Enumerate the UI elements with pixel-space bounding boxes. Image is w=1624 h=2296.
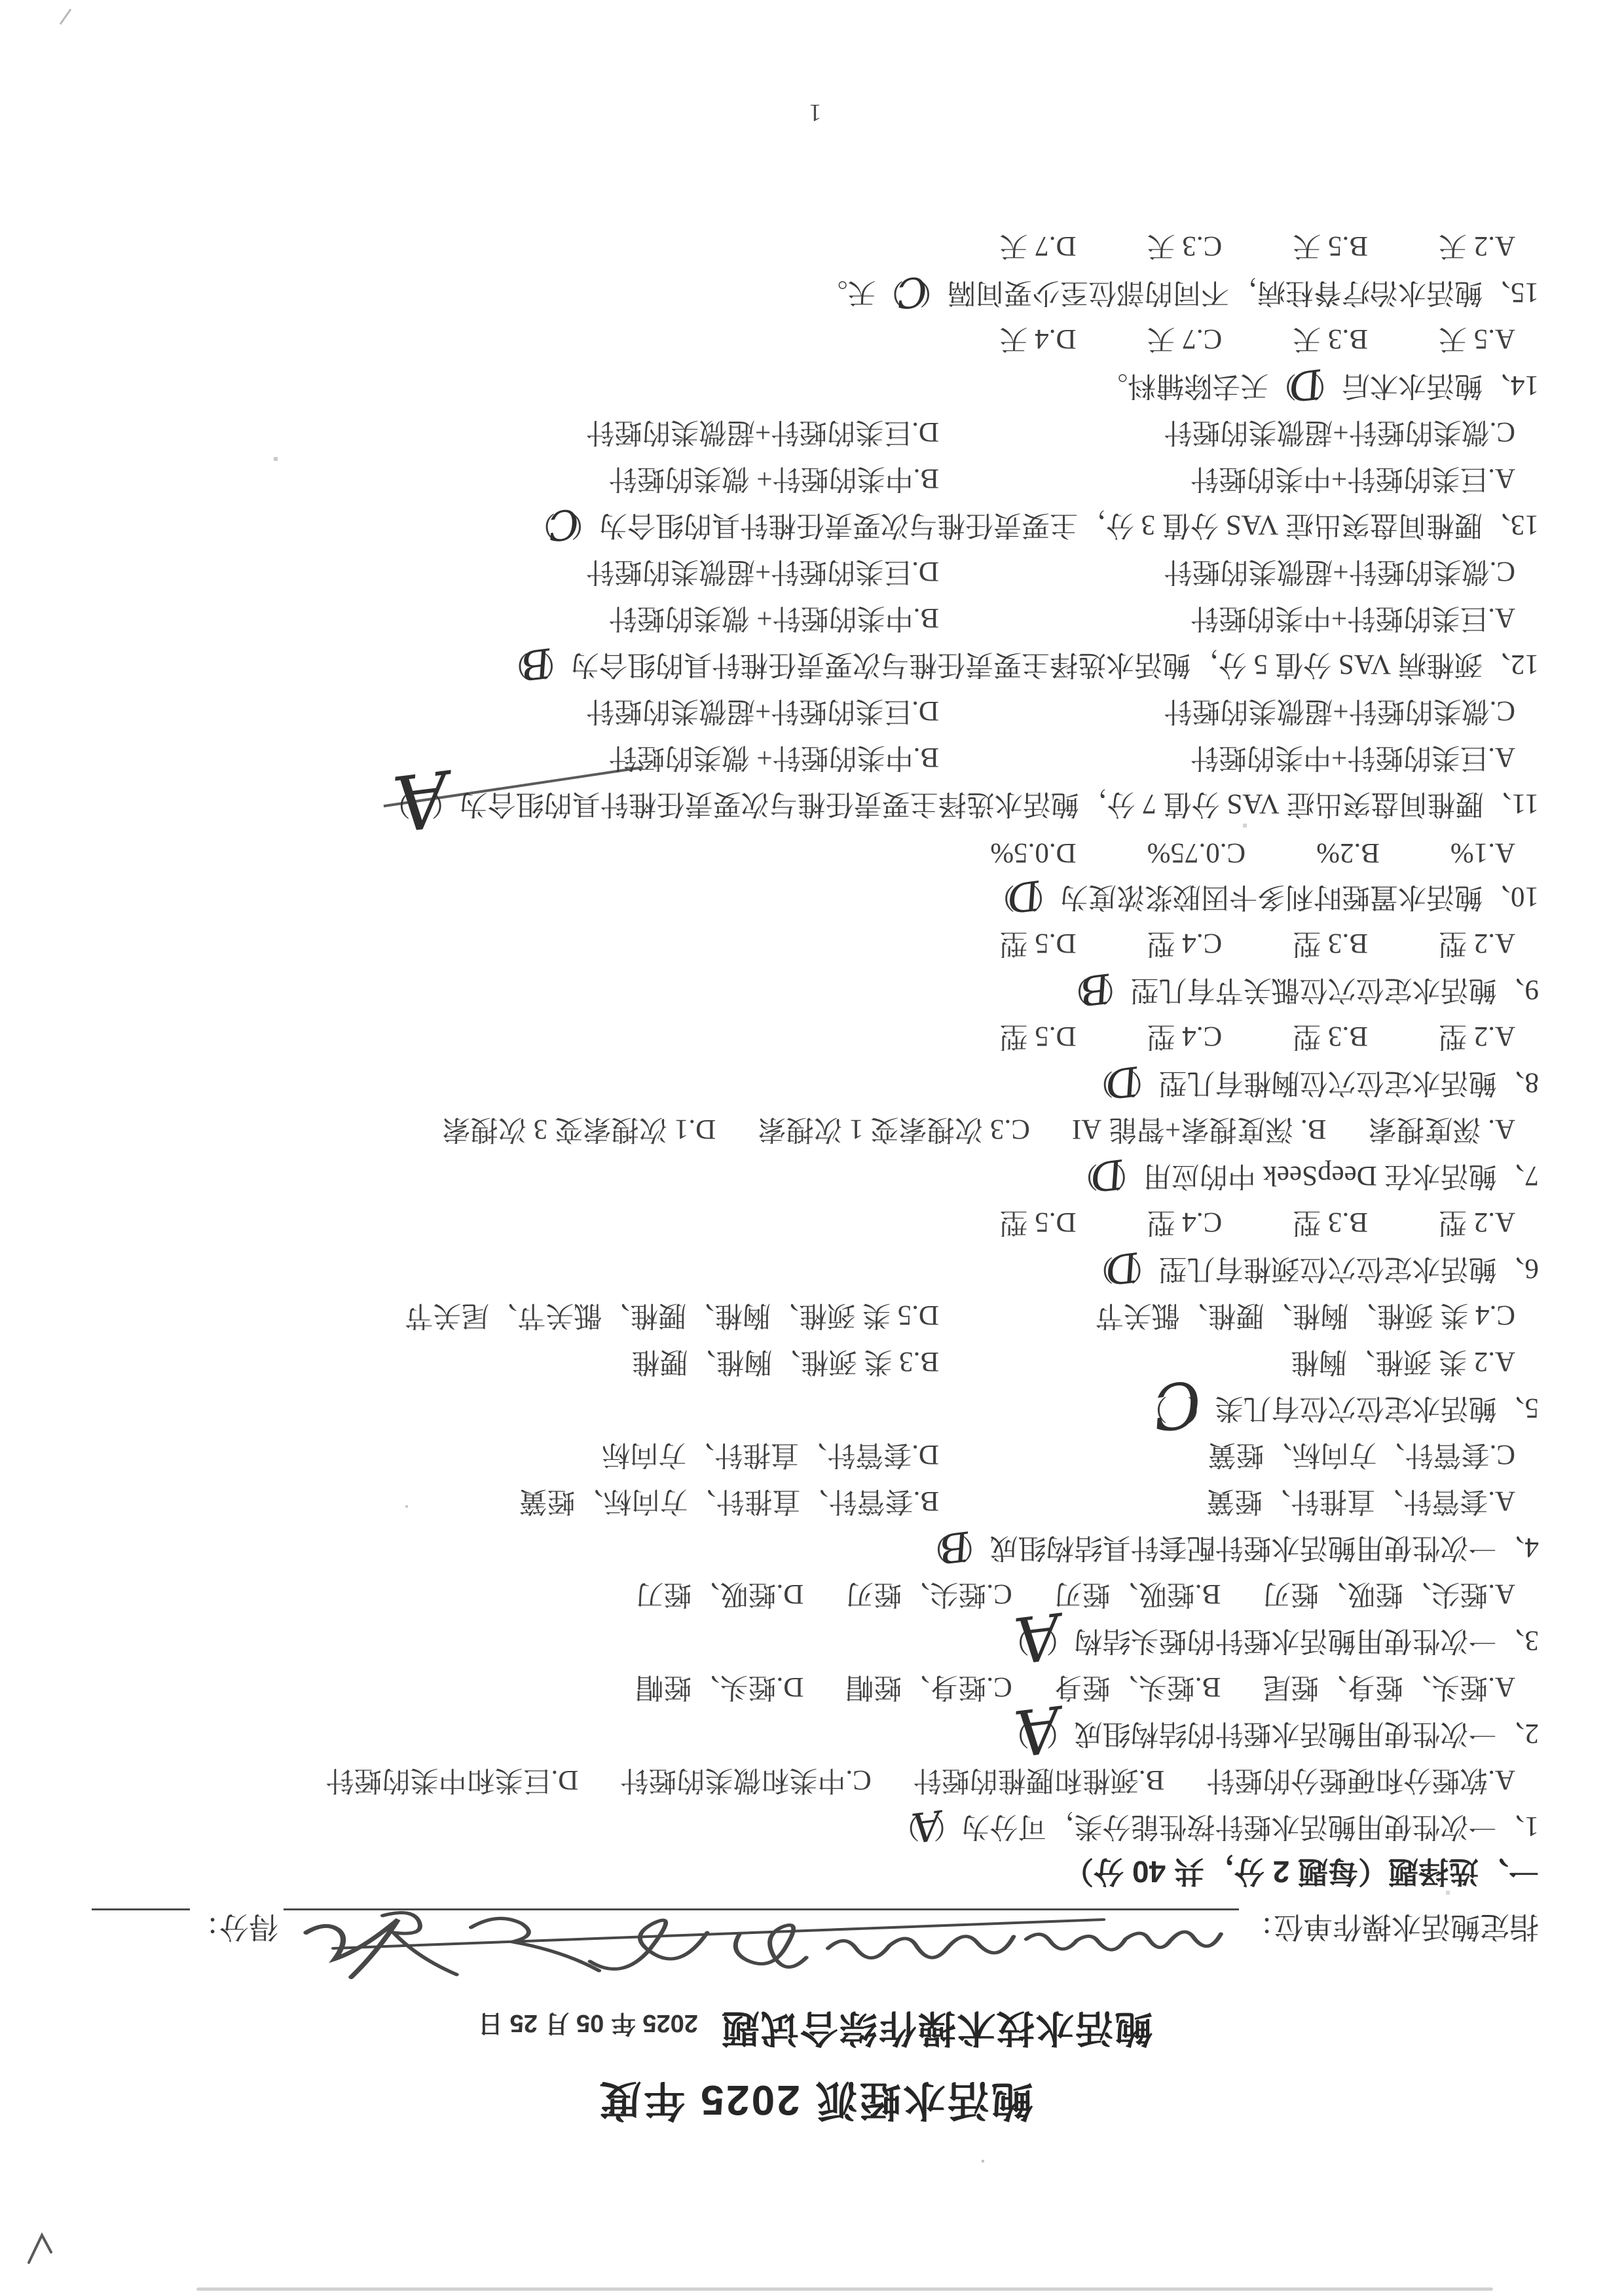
option-item: D.5 型 bbox=[1000, 1019, 1077, 1059]
exam-header: 鲍活水蛭派 2025 年度 鲍活水技术操作综合试题2025 年 05 月 25 … bbox=[92, 2004, 1539, 2134]
option-item: B.3 类 颈椎、胸椎、腰椎 bbox=[632, 1344, 939, 1384]
option-item: B.蛭吸、蛭刃 bbox=[1054, 1576, 1221, 1616]
option-item: C.4 型 bbox=[1147, 1019, 1223, 1059]
handwritten-answer: B bbox=[521, 663, 551, 666]
handwritten-answer: A bbox=[1015, 1635, 1060, 1640]
question-stem: 14、鲍活水术后（D）天去除辅料。 bbox=[92, 365, 1539, 411]
option-line: A.1%B.2%C.0.75%D.0.5% bbox=[92, 829, 1539, 876]
question-block: 10、鲍活水置蛭时利多卡因胶浆浓度为（D）A.1%B.2%C.0.75%D.0.… bbox=[92, 829, 1539, 922]
option-item: C.3 天 bbox=[1147, 228, 1223, 268]
option-line: A.2 型B.3 型C.4 型D.5 型 bbox=[92, 1015, 1539, 1062]
option-item: A.2 型 bbox=[1439, 1019, 1515, 1059]
handwritten-answer: D bbox=[1106, 1266, 1138, 1270]
option-item: D.蛭头、蛭帽 bbox=[636, 1669, 804, 1709]
question-stem: 10、鲍活水置蛭时利多卡因胶浆浓度为（D） bbox=[92, 876, 1539, 922]
handwritten-answer: C bbox=[896, 291, 927, 295]
option-item: A. 深度搜索 bbox=[1368, 1112, 1515, 1152]
option-item: D.5 型 bbox=[1000, 1205, 1077, 1245]
option-item: C.微类的蛭针+超微类的蛭针 bbox=[939, 414, 1515, 454]
handwritten-answer: A bbox=[912, 1825, 941, 1828]
question-stem-text: 7、鲍活水在 DeepSeek 中的应用（ bbox=[1115, 1158, 1539, 1198]
option-line: C.微类的蛭针+超微类的蛭针D.巨类的蛭针+超微类的蛭针 bbox=[92, 551, 1539, 597]
question-stem-text: 6、鲍活水定位穴位颈椎有几型（ bbox=[1131, 1251, 1540, 1291]
question-block: 2、一次性使用鲍活水蛭针的结构组成（A）A.蛭头、蛭身、蛭尾B.蛭头、蛭身C.蛭… bbox=[92, 1666, 1539, 1759]
exam-title-row: 鲍活水技术操作综合试题2025 年 05 月 25 日 bbox=[92, 2004, 1539, 2059]
option-item: B.3 型 bbox=[1293, 1019, 1368, 1059]
handwritten-answer: A bbox=[1015, 1728, 1060, 1733]
option-line: A.2 型B.3 型C.4 型D.5 型 bbox=[92, 1201, 1539, 1248]
question-stem: 8、鲍活水定位穴位胸椎有几型（D） bbox=[92, 1062, 1539, 1108]
option-item: C.微类的蛭针+超微类的蛭针 bbox=[939, 693, 1515, 733]
question-block: 9、鲍活水定位穴位骶关节有几型（B）A.2 型B.3 型C.4 型D.5 型 bbox=[92, 922, 1539, 1015]
question-stem: 11、腰椎间盘突出症 VAS 分值 7 分，鲍活水选择主要责任椎与次要责任椎针具… bbox=[92, 783, 1539, 829]
option-item: A.巨类的蛭针+中类的蛭针 bbox=[939, 600, 1515, 640]
question-stem-text: 8、鲍活水定位穴位胸椎有几型（ bbox=[1131, 1065, 1540, 1105]
option-item: B.中类的蛭针+ 微类的蛭针 bbox=[609, 600, 939, 640]
question-block: 8、鲍活水定位穴位胸椎有几型（D）A.2 型B.3 型C.4 型D.5 型 bbox=[92, 1015, 1539, 1108]
question-stem-text: 10、鲍活水置蛭时利多卡因胶浆浓度为（ bbox=[1032, 879, 1539, 919]
score-label: 得分： bbox=[190, 1908, 278, 1951]
question-block: 14、鲍活水术后（D）天去除辅料。A.5 天B.3 天C.7 天D.4 天 bbox=[92, 318, 1539, 411]
unit-blank-underline bbox=[284, 1908, 1239, 1989]
question-block: 11、腰椎间盘突出症 VAS 分值 7 分，鲍活水选择主要责任椎与次要责任椎针具… bbox=[92, 690, 1539, 829]
scanned-exam-sheet: 鲍活水蛭派 2025 年度 鲍活水技术操作综合试题2025 年 05 月 25 … bbox=[0, 0, 1624, 2296]
question-stem: 1、一次性使用鲍活水蛭针按性能分类，可分为（A） bbox=[92, 1806, 1539, 1852]
option-line: C.套管针、方向标、蛭簧D.套管针、直推针、方向标 bbox=[92, 1434, 1539, 1480]
option-item: D.巨类的蛭针+超微类的蛭针 bbox=[586, 414, 939, 454]
option-item: C.蛭身、蛭帽 bbox=[845, 1669, 1012, 1709]
option-item: D.套管针、直推针、方向标 bbox=[602, 1437, 939, 1477]
option-line: A.2 型B.3 型C.4 型D.5 型 bbox=[92, 922, 1539, 969]
option-line: A. 深度搜索B. 深度搜索+智能 AIC.3 次搜索变 1 次搜索D.1 次搜… bbox=[92, 1108, 1539, 1155]
option-item: B.5 天 bbox=[1293, 228, 1368, 268]
option-line: A.巨类的蛭针+中类的蛭针B.中类的蛭针+ 微类的蛭针 bbox=[92, 458, 1539, 504]
handwritten-answer: D bbox=[1090, 1173, 1122, 1177]
question-stem: 15、鲍活水治疗脊柱病，不同的部位至少要间隔（C）天。 bbox=[92, 272, 1539, 318]
question-stem: 12、颈椎病 VAS 分值 5 分，鲍活水选择主要责任椎与次要责任椎针具的组合为… bbox=[92, 644, 1539, 690]
option-item: B.中类的蛭针+ 微类的蛭针 bbox=[609, 740, 939, 780]
option-line: A.软蛭分和硬蛭分的蛭针B.颈椎和腰椎的蛭针C.中类和微类的蛭针D.巨类和中类的… bbox=[92, 1759, 1539, 1806]
option-item: C.微类的蛭针+超微类的蛭针 bbox=[939, 554, 1515, 594]
handwritten-answer: B bbox=[940, 1546, 969, 1550]
question-stem: 13、腰椎间盘突出症 VAS 分值 3 分，主要责任椎与次要责任椎针具的组合为（… bbox=[92, 504, 1539, 551]
option-item: D.7 天 bbox=[1000, 228, 1077, 268]
option-line: A.5 天B.3 天C.7 天D.4 天 bbox=[92, 318, 1539, 365]
question-stem-text: 9、鲍活水定位穴位骶关节有几型（ bbox=[1103, 972, 1540, 1012]
option-item: B.3 型 bbox=[1293, 926, 1368, 966]
option-item: C.0.75% bbox=[1147, 837, 1246, 869]
handwritten-answer: D bbox=[1007, 894, 1039, 898]
option-item: B.中类的蛭针+ 微类的蛭针 bbox=[609, 461, 939, 501]
question-stem-text: 15、鲍活水治疗脊柱病，不同的部位至少要间隔（ bbox=[919, 275, 1539, 315]
score-blank-underline bbox=[92, 1908, 190, 1989]
handwritten-answer: D bbox=[1289, 383, 1321, 387]
option-item: A.套管针、直推针、蛭簧 bbox=[939, 1484, 1515, 1523]
option-item: D.巨类和中类的蛭针 bbox=[326, 1762, 579, 1802]
option-item: D.1 次搜索变 3 次搜索 bbox=[442, 1112, 716, 1152]
option-item: D.蛭吸、蛭刀 bbox=[636, 1576, 804, 1616]
option-item: D.0.5% bbox=[990, 837, 1076, 869]
question-stem: 3、一次性使用鲍活水蛭针的蛭头结构（A） bbox=[92, 1620, 1539, 1666]
option-item: A.1% bbox=[1450, 837, 1515, 869]
option-line: A.2 类 颈椎、胸椎B.3 类 颈椎、胸椎、腰椎 bbox=[92, 1341, 1539, 1387]
option-item: A.巨类的蛭针+中类的蛭针 bbox=[939, 461, 1515, 501]
question-stem: 6、鲍活水定位穴位颈椎有几型（D） bbox=[92, 1248, 1539, 1294]
handwritten-answer: C bbox=[548, 523, 579, 527]
option-line: C.微类的蛭针+超微类的蛭针D.巨类的蛭针+超微类的蛭针 bbox=[92, 411, 1539, 458]
option-item: C.4 型 bbox=[1147, 926, 1223, 966]
option-line: A.2 天B.5 天C.3 天D.7 天 bbox=[92, 225, 1539, 272]
option-item: A.蛭尖、蛭吸、蛭刃 bbox=[1263, 1576, 1515, 1616]
option-line: A.套管针、直推针、蛭簧B.套管针、直推针、方向标、蛭簧 bbox=[92, 1480, 1539, 1527]
option-item: A.2 类 颈椎、胸椎 bbox=[939, 1344, 1515, 1384]
question-stem: 7、鲍活水在 DeepSeek 中的应用（D） bbox=[92, 1155, 1539, 1201]
option-item: A.软蛭分和硬蛭分的蛭针 bbox=[1206, 1762, 1515, 1802]
option-item: A.巨类的蛭针+中类的蛭针 bbox=[939, 740, 1515, 780]
option-line: A.巨类的蛭针+中类的蛭针B.中类的蛭针+ 微类的蛭针 bbox=[92, 737, 1539, 783]
option-item: C.4 类 颈椎、胸椎、腰椎、骶关节 bbox=[939, 1298, 1515, 1338]
option-item: A.2 型 bbox=[1439, 1205, 1515, 1245]
option-item: C.4 型 bbox=[1147, 1205, 1223, 1245]
question-block: 3、一次性使用鲍活水蛭针的蛭头结构（A）A.蛭尖、蛭吸、蛭刃B.蛭吸、蛭刃C.蛭… bbox=[92, 1573, 1539, 1666]
option-item: D.5 类 颈椎、胸椎、腰椎、骶关节、尾关节 bbox=[405, 1298, 939, 1338]
exam-title-main: 鲍活水技术操作综合试题 bbox=[720, 2007, 1153, 2049]
question-stem-text: 5、鲍活水定位穴位有几类（ bbox=[1187, 1391, 1540, 1430]
question-stem-text: 11、腰椎间盘突出症 VAS 分值 7 分，鲍活水选择主要责任椎与次要责任椎针具… bbox=[432, 786, 1539, 826]
option-item: C.中类和微类的蛭针 bbox=[620, 1762, 871, 1802]
question-stem-close: ）天去除辅料。 bbox=[1099, 368, 1297, 408]
option-item: D.巨类的蛭针+超微类的蛭针 bbox=[586, 693, 939, 733]
option-item: D.5 型 bbox=[1000, 926, 1077, 966]
questions: 1、一次性使用鲍活水蛭针按性能分类，可分为（A）A.软蛭分和硬蛭分的蛭针B.颈椎… bbox=[92, 225, 1539, 1852]
option-item: D.4 天 bbox=[1000, 321, 1077, 361]
unit-label: 指定鲍活水操作单位： bbox=[1244, 1908, 1539, 1951]
question-stem-text: 4、一次性使用鲍活水蛭针配套针具结构组成（ bbox=[962, 1530, 1540, 1570]
option-item: A.2 天 bbox=[1439, 228, 1515, 268]
option-item: C.蛭尖、蛭刃 bbox=[845, 1576, 1012, 1616]
option-line: A.蛭头、蛭身、蛭尾B.蛭头、蛭身C.蛭身、蛭帽D.蛭头、蛭帽 bbox=[92, 1666, 1539, 1713]
question-block: 5、鲍活水定位穴位有几类（C）A.2 类 颈椎、胸椎B.3 类 颈椎、胸椎、腰椎… bbox=[92, 1294, 1539, 1434]
exam-content: 鲍活水蛭派 2025 年度 鲍活水技术操作综合试题2025 年 05 月 25 … bbox=[92, 0, 1539, 2296]
question-block: 13、腰椎间盘突出症 VAS 分值 3 分，主要责任椎与次要责任椎针具的组合为（… bbox=[92, 411, 1539, 551]
question-stem-text: 3、一次性使用鲍活水蛭针的蛭头结构（ bbox=[1046, 1623, 1540, 1663]
option-line: A.巨类的蛭针+中类的蛭针B.中类的蛭针+ 微类的蛭针 bbox=[92, 597, 1539, 644]
question-stem: 2、一次性使用鲍活水蛭针的结构组成（A） bbox=[92, 1713, 1539, 1759]
question-stem: 4、一次性使用鲍活水蛭针配套针具结构组成（B） bbox=[92, 1527, 1539, 1573]
question-block: 15、鲍活水治疗脊柱病，不同的部位至少要间隔（C）天。A.2 天B.5 天C.3… bbox=[92, 225, 1539, 318]
handwritten-answer: C bbox=[1153, 1402, 1201, 1408]
option-item: A.5 天 bbox=[1439, 321, 1515, 361]
exam-title-year: 鲍活水蛭派 2025 年度 bbox=[92, 2073, 1539, 2134]
option-item: B.蛭头、蛭身 bbox=[1054, 1669, 1221, 1709]
question-block: 1、一次性使用鲍活水蛭针按性能分类，可分为（A）A.软蛭分和硬蛭分的蛭针B.颈椎… bbox=[92, 1759, 1539, 1852]
handwritten-answer: D bbox=[1106, 1080, 1138, 1084]
question-stem: 5、鲍活水定位穴位有几类（C） bbox=[92, 1387, 1539, 1434]
question-block: 7、鲍活水在 DeepSeek 中的应用（D）A. 深度搜索B. 深度搜索+智能… bbox=[92, 1108, 1539, 1201]
option-item: A.蛭头、蛭身、蛭尾 bbox=[1263, 1669, 1515, 1709]
question-stem-close: ）天。 bbox=[820, 275, 904, 315]
question-stem-text: 14、鲍活水术后（ bbox=[1314, 368, 1539, 408]
handwritten-answer: A bbox=[394, 796, 448, 803]
option-item: B.套管针、直推针、方向标、蛭簧 bbox=[519, 1484, 939, 1523]
question-block: 12、颈椎病 VAS 分值 5 分，鲍活水选择主要责任椎与次要责任椎针具的组合为… bbox=[92, 551, 1539, 690]
option-item: C.套管针、方向标、蛭簧 bbox=[939, 1437, 1515, 1477]
option-line: A.蛭尖、蛭吸、蛭刃B.蛭吸、蛭刃C.蛭尖、蛭刃D.蛭吸、蛭刀 bbox=[92, 1573, 1539, 1620]
handwritten-unit-scribble bbox=[284, 1886, 1239, 1997]
question-block: 6、鲍活水定位穴位颈椎有几型（D）A.2 型B.3 型C.4 型D.5 型 bbox=[92, 1201, 1539, 1294]
option-item: B.颈椎和腰椎的蛭针 bbox=[913, 1762, 1164, 1802]
question-stem-text: 13、腰椎间盘突出症 VAS 分值 3 分，主要责任椎与次要责任椎针具的组合为（ bbox=[571, 507, 1539, 547]
exam-date: 2025 年 05 月 25 日 bbox=[478, 2009, 698, 2037]
option-line: C.4 类 颈椎、胸椎、腰椎、骶关节D.5 类 颈椎、胸椎、腰椎、骶关节、尾关节 bbox=[92, 1294, 1539, 1341]
page-number: 1 bbox=[92, 98, 1539, 127]
handwritten-answer: B bbox=[1080, 988, 1110, 992]
option-item: B.3 型 bbox=[1293, 1205, 1368, 1245]
option-item: A.2 型 bbox=[1439, 926, 1515, 966]
option-item: B.2% bbox=[1316, 837, 1380, 869]
option-item: C.3 次搜索变 1 次搜索 bbox=[758, 1112, 1030, 1152]
question-stem-text: 1、一次性使用鲍活水蛭针按性能分类，可分为（ bbox=[934, 1809, 1540, 1849]
question-stem-text: 2、一次性使用鲍活水蛭针的结构组成（ bbox=[1046, 1716, 1540, 1756]
question-stem-text: 12、颈椎病 VAS 分值 5 分，鲍活水选择主要责任椎与次要责任椎针具的组合为… bbox=[543, 647, 1539, 687]
option-item: B.3 天 bbox=[1293, 321, 1368, 361]
option-item: D.巨类的蛭针+超微类的蛭针 bbox=[586, 554, 939, 594]
unit-score-row: 指定鲍活水操作单位： 得分： bbox=[92, 1908, 1539, 1987]
option-item: B. 深度搜索+智能 AI bbox=[1072, 1112, 1327, 1152]
question-stem: 9、鲍活水定位穴位骶关节有几型（B） bbox=[92, 969, 1539, 1015]
option-item: C.7 天 bbox=[1147, 321, 1223, 361]
question-block: 4、一次性使用鲍活水蛭针配套针具结构组成（B）A.套管针、直推针、蛭簧B.套管针… bbox=[92, 1434, 1539, 1573]
option-line: C.微类的蛭针+超微类的蛭针D.巨类的蛭针+超微类的蛭针 bbox=[92, 690, 1539, 737]
